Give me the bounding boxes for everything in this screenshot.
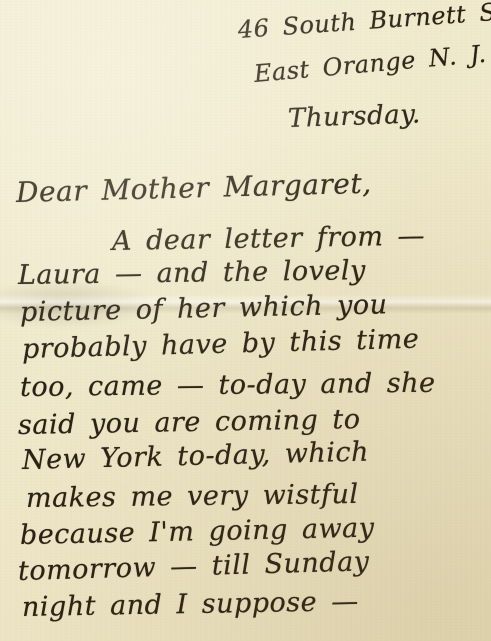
body-line: A dear letter from — [112,221,426,257]
body-line: too, came — to-day and she [20,368,436,403]
body-line: tomorrow — till Sunday [18,546,370,587]
body-line: picture of her which you [20,289,388,328]
body-line: said you are coming to [18,404,361,441]
body-line: Laura — and the lovely [18,255,366,291]
body-line: night and I suppose — [22,586,359,623]
letter-page: 46 South Burnett St, East Orange N. J. T… [0,0,491,641]
address-line-1: 46 South Burnett St, [237,0,491,44]
body-line: makes me very wistful [26,479,359,514]
body-line: probably have by this time [22,324,420,365]
body-line: New York to-day, which [22,437,370,476]
body-line: because I'm going away [20,513,375,551]
dateline: Thursday. [287,99,421,134]
salutation: Dear Mother Margaret, [16,167,372,209]
address-line-2: East Orange N. J. [253,40,488,88]
